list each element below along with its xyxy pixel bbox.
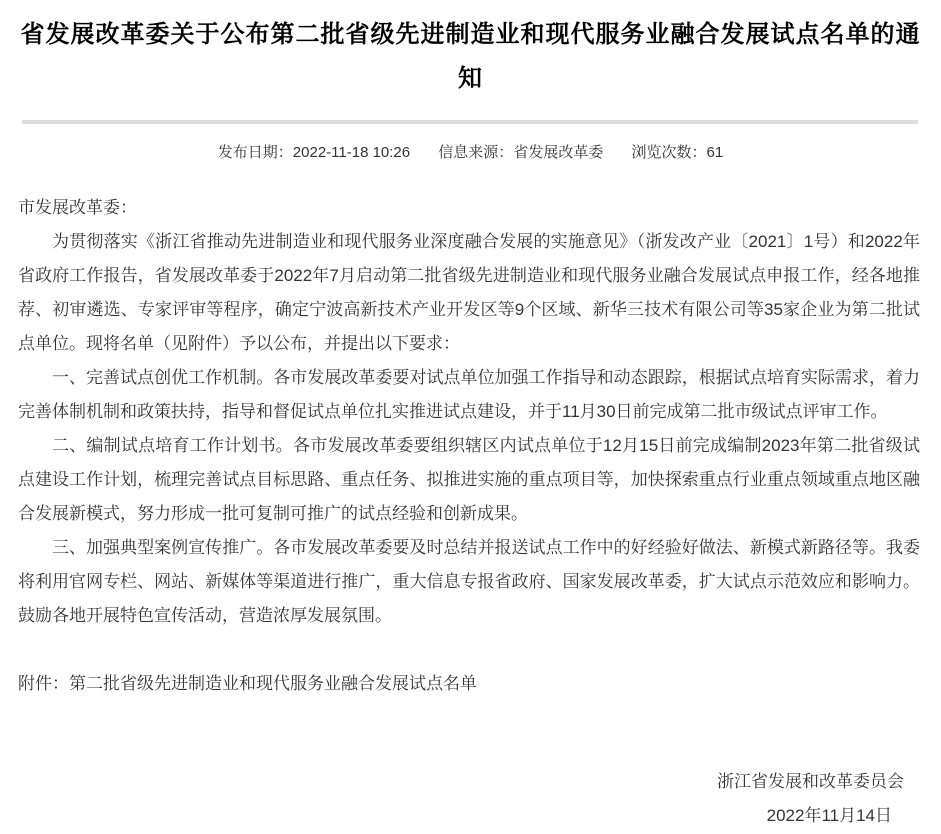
paragraph-item-2: 二、编制试点培育工作计划书。各市发展改革委要组织辖区内试点单位于12月15日前完… [18, 429, 920, 531]
notice-body: 市发展改革委： 为贯彻落实《浙江省推动先进制造业和现代服务业深度融合发展的实施意… [0, 191, 941, 833]
publish-date: 发布日期：2022-11-18 10:26 [218, 141, 410, 162]
view-count-value: 61 [707, 144, 724, 161]
paragraph-item-1: 一、完善试点创优工作机制。各市发展改革委要对试点单位加强工作指导和动态跟踪，根据… [18, 361, 920, 429]
publish-date-value: 2022-11-18 10:26 [293, 144, 410, 161]
page-title-line2: 知 [0, 57, 941, 101]
attachment-line: 附件：第二批省级先进制造业和现代服务业融合发展试点名单 [18, 667, 920, 701]
paragraph-intro: 为贯彻落实《浙江省推动先进制造业和现代服务业深度融合发展的实施意见》（浙发改产业… [18, 225, 920, 361]
signature-date: 2022年11月14日 [18, 799, 920, 833]
page-title: 省发展改革委关于公布第二批省级先进制造业和现代服务业融合发展试点名单的通 知 [0, 0, 941, 101]
info-source: 信息来源：省发展改革委 [438, 141, 603, 162]
salutation: 市发展改革委： [18, 191, 920, 225]
divider [22, 120, 918, 124]
signature-block: 浙江省发展和改革委员会 2022年11月14日 [18, 765, 920, 833]
view-count-label: 浏览次数： [632, 144, 707, 161]
view-count: 浏览次数：61 [632, 141, 724, 162]
info-source-label: 信息来源： [438, 144, 513, 161]
paragraph-item-3: 三、加强典型案例宣传推广。各市发展改革委要及时总结并报送试点工作中的好经验好做法… [18, 531, 920, 633]
signature-org: 浙江省发展和改革委员会 [18, 765, 920, 799]
info-source-value: 省发展改革委 [513, 144, 603, 161]
page-title-line1: 省发展改革委关于公布第二批省级先进制造业和现代服务业融合发展试点名单的通 [0, 13, 941, 57]
meta-bar: 发布日期：2022-11-18 10:26 信息来源：省发展改革委 浏览次数：6… [0, 141, 941, 162]
publish-date-label: 发布日期： [218, 144, 293, 161]
notice-page: 省发展改革委关于公布第二批省级先进制造业和现代服务业融合发展试点名单的通 知 发… [0, 0, 941, 834]
